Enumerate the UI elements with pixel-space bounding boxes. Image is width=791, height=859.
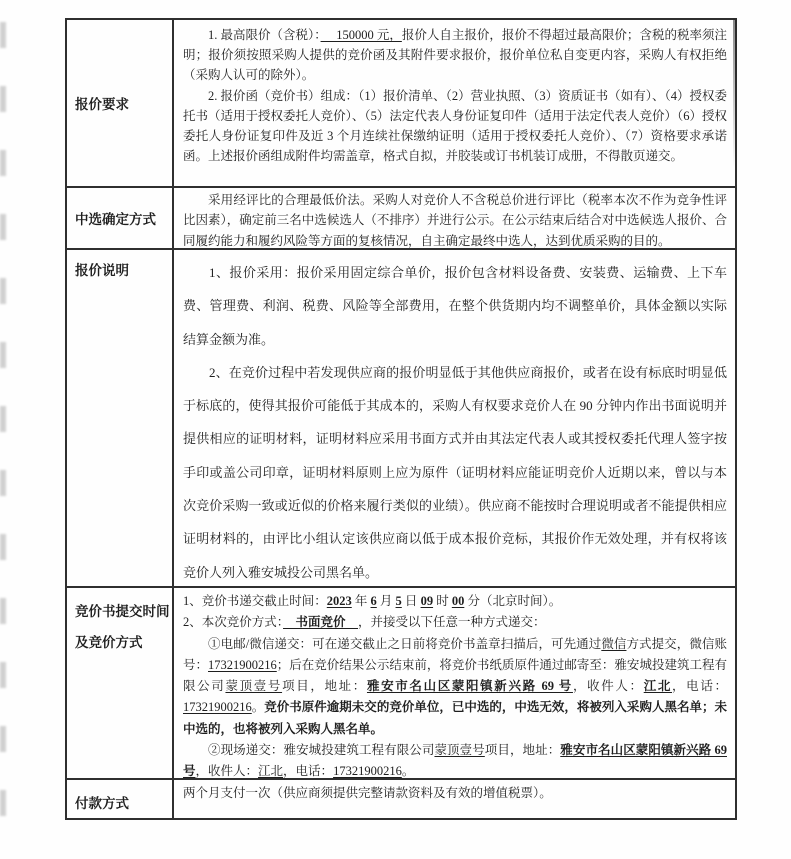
row-label-payment-method: 付款方式	[67, 780, 174, 818]
below-cost-bid-clause: 2、在竞价过程中若发现供应商的报价明显低于其他供应商报价，或者在设有标底时明显低…	[183, 356, 727, 586]
submission-deadline-clause: 1、竞价书递交截止时间：2023 年 6 月 5 日 09 时 00 分（北京时…	[183, 591, 727, 612]
bidding-method-clause: 2、本次竞价方式： 书面竞价 ，并接受以下任意一种方式递交：	[183, 612, 727, 633]
row-label-text: 付款方式	[75, 792, 172, 812]
table-row-selection-method: 中选确定方式 采用经评比的合理最低价法。采购人对竞价人不含税总价进行评比（税率本…	[67, 188, 735, 250]
table-row-submission-time-method: 竞价书提交时间 及竞价方式 1、竞价书递交截止时间：2023 年 6 月 5 日…	[67, 588, 735, 780]
procurement-terms-table: 报价要求 1. 最高限价（含税）： 150000 元，报价人自主报价，报价不得超…	[65, 18, 737, 820]
row-label-text: 报价说明	[75, 259, 172, 279]
row-content-payment-method: 两个月支付一次（供应商须提供完整请款资料及有效的增值税票）。	[174, 780, 735, 818]
row-label-selection-method: 中选确定方式	[67, 188, 174, 248]
row-label-text-line2: 及竞价方式	[75, 634, 172, 652]
row-content-selection-method: 采用经评比的合理最低价法。采购人对竞价人不含税总价进行评比（税率本次不作为竞争性…	[174, 188, 735, 248]
row-content-quote-description: 1、报价采用：报价采用固定综合单价，报价包含材料设备费、安装费、运输费、上下车费…	[174, 250, 735, 586]
row-label-text: 报价要求	[75, 93, 172, 113]
row-label-text: 中选确定方式	[75, 208, 172, 228]
row-content-quote-requirements: 1. 最高限价（含税）： 150000 元，报价人自主报价，报价不得超过最高限价…	[174, 20, 735, 186]
row-content-submission-time-method: 1、竞价书递交截止时间：2023 年 6 月 5 日 09 时 00 分（北京时…	[174, 588, 735, 778]
table-row-quote-requirements: 报价要求 1. 最高限价（含税）： 150000 元，报价人自主报价，报价不得超…	[67, 20, 735, 188]
fixed-unit-price-clause: 1、报价采用：报价采用固定综合单价，报价包含材料设备费、安装费、运输费、上下车费…	[183, 256, 727, 356]
payment-terms-clause: 两个月支付一次（供应商须提供完整请款资料及有效的增值税票）。	[183, 784, 727, 803]
row-label-text-line1: 竞价书提交时间	[75, 603, 172, 621]
selection-method-clause: 采用经评比的合理最低价法。采购人对竞价人不含税总价进行评比（税率本次不作为竞争性…	[183, 190, 727, 248]
quote-composition-clause: 2. 报价函（竞价书）组成：（1）报价清单、（2）营业执照、（3）资质证书（如有…	[183, 86, 727, 167]
max-price-clause: 1. 最高限价（含税）： 150000 元，报价人自主报价，报价不得超过最高限价…	[183, 25, 727, 86]
row-label-quote-description: 报价说明	[67, 250, 174, 586]
row-label-submission-time-method: 竞价书提交时间 及竞价方式	[67, 588, 174, 778]
onsite-submission-clause: ②现场递交：雅安城投建筑工程有限公司蒙顶壹号项目，地址：雅安市名山区蒙阳镇新兴路…	[183, 740, 727, 778]
row-label-quote-requirements: 报价要求	[67, 20, 174, 186]
table-row-payment-method: 付款方式 两个月支付一次（供应商须提供完整请款资料及有效的增值税票）。	[67, 780, 735, 818]
scanned-document-page: 报价要求 1. 最高限价（含税）： 150000 元，报价人自主报价，报价不得超…	[0, 0, 791, 859]
scan-edge-artifact	[0, 22, 6, 822]
email-wechat-submission-clause: ①电邮/微信递交：可在递交截止之日前将竞价书盖章扫描后，可先通过微信方式提交，微…	[183, 634, 727, 740]
table-row-quote-description: 报价说明 1、报价采用：报价采用固定综合单价，报价包含材料设备费、安装费、运输费…	[67, 250, 735, 588]
